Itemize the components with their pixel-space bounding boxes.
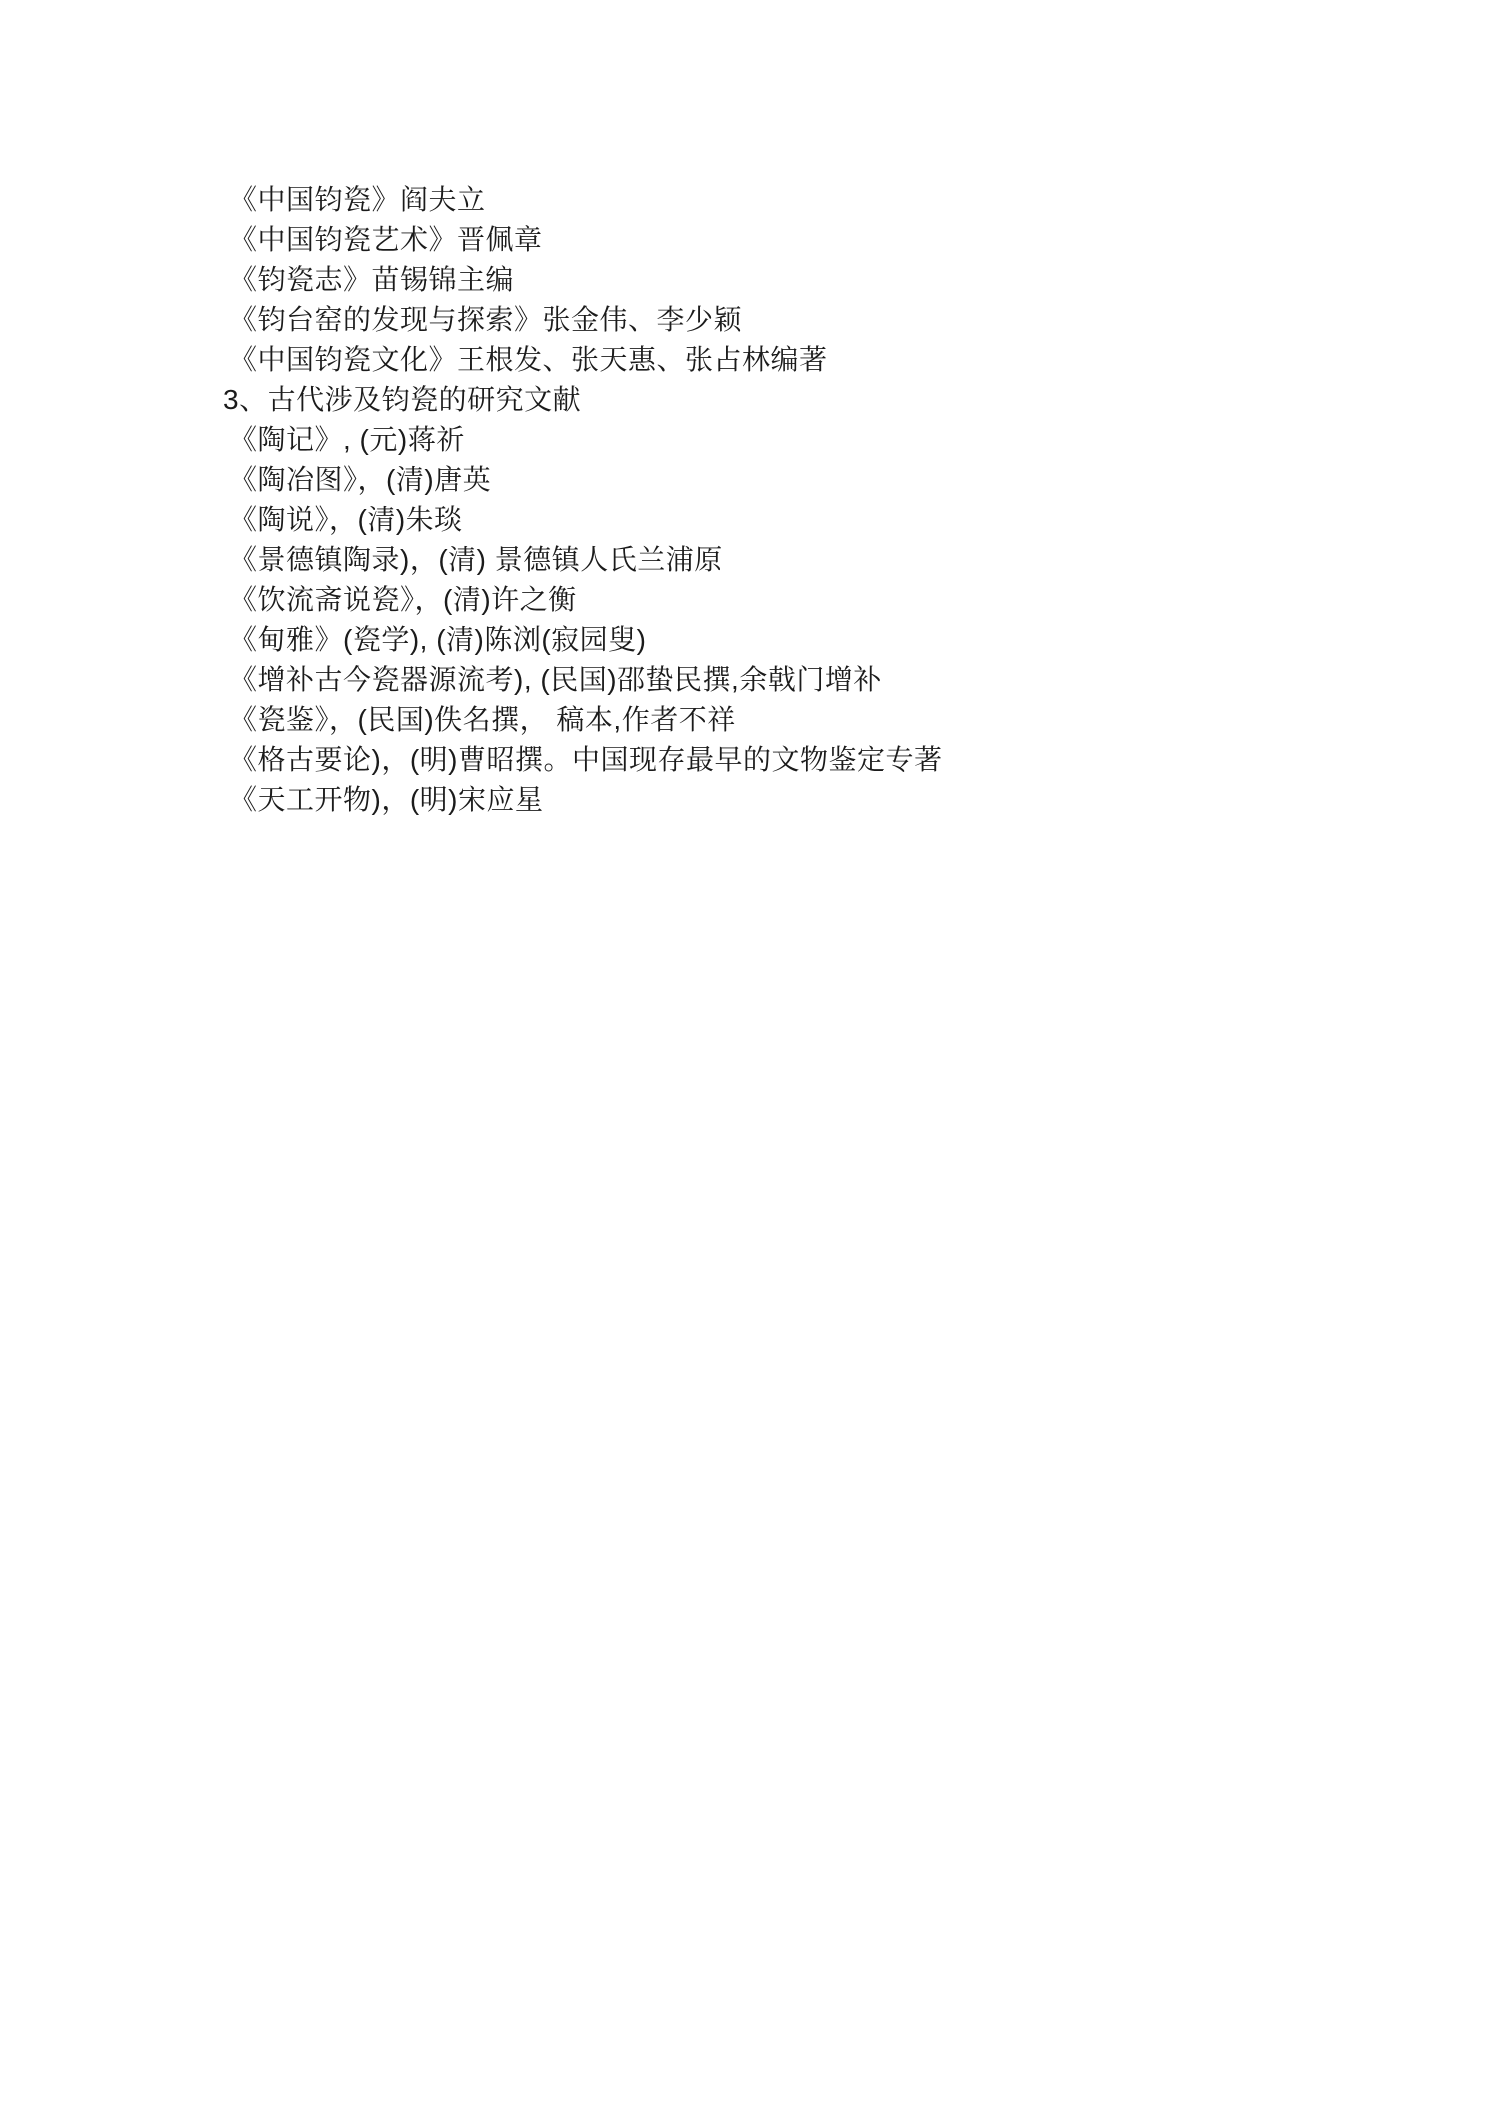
bibliography-entry: 《中国钧瓷艺术》晋佩章: [223, 220, 1323, 260]
bibliography-entry: 《中国钧瓷文化》王根发、张天惠、张占林编著: [223, 340, 1323, 380]
document-page: 《中国钧瓷》阎夫立 《中国钧瓷艺术》晋佩章 《钧瓷志》苗锡锦主编 《钧台窑的发现…: [0, 0, 1500, 2120]
bibliography-entry: 《饮流斋说瓷》，(清)许之衡: [223, 580, 1323, 620]
bibliography-entry: 《甸雅》(瓷学), (清)陈浏(寂园叟): [223, 620, 1323, 660]
bibliography-entry: 《钧台窑的发现与探索》张金伟、李少颖: [223, 300, 1323, 340]
section-heading: 3、古代涉及钧瓷的研究文献: [223, 380, 1323, 420]
bibliography-entry: 《格古要论)，(明)曹昭撰。中国现存最早的文物鉴定专著: [223, 740, 1323, 780]
bibliography-entry: 《陶冶图》，(清)唐英: [223, 460, 1323, 500]
bibliography-entry: 《陶说》，(清)朱琰: [223, 500, 1323, 540]
bibliography-list: 《中国钧瓷》阎夫立 《中国钧瓷艺术》晋佩章 《钧瓷志》苗锡锦主编 《钧台窑的发现…: [223, 180, 1323, 820]
bibliography-entry: 《钧瓷志》苗锡锦主编: [223, 260, 1323, 300]
bibliography-entry: 《瓷鉴》，(民国)佚名撰， 稿本,作者不祥: [223, 700, 1323, 740]
bibliography-entry: 《天工开物)，(明)宋应星: [223, 780, 1323, 820]
bibliography-entry: 《中国钧瓷》阎夫立: [223, 180, 1323, 220]
bibliography-entry: 《增补古今瓷器源流考), (民国)邵蛰民撰,余戟门增补: [223, 660, 1323, 700]
bibliography-entry: 《景德镇陶录)，(清) 景德镇人氏兰浦原: [223, 540, 1323, 580]
bibliography-entry: 《陶记》, (元)蒋祈: [223, 420, 1323, 460]
